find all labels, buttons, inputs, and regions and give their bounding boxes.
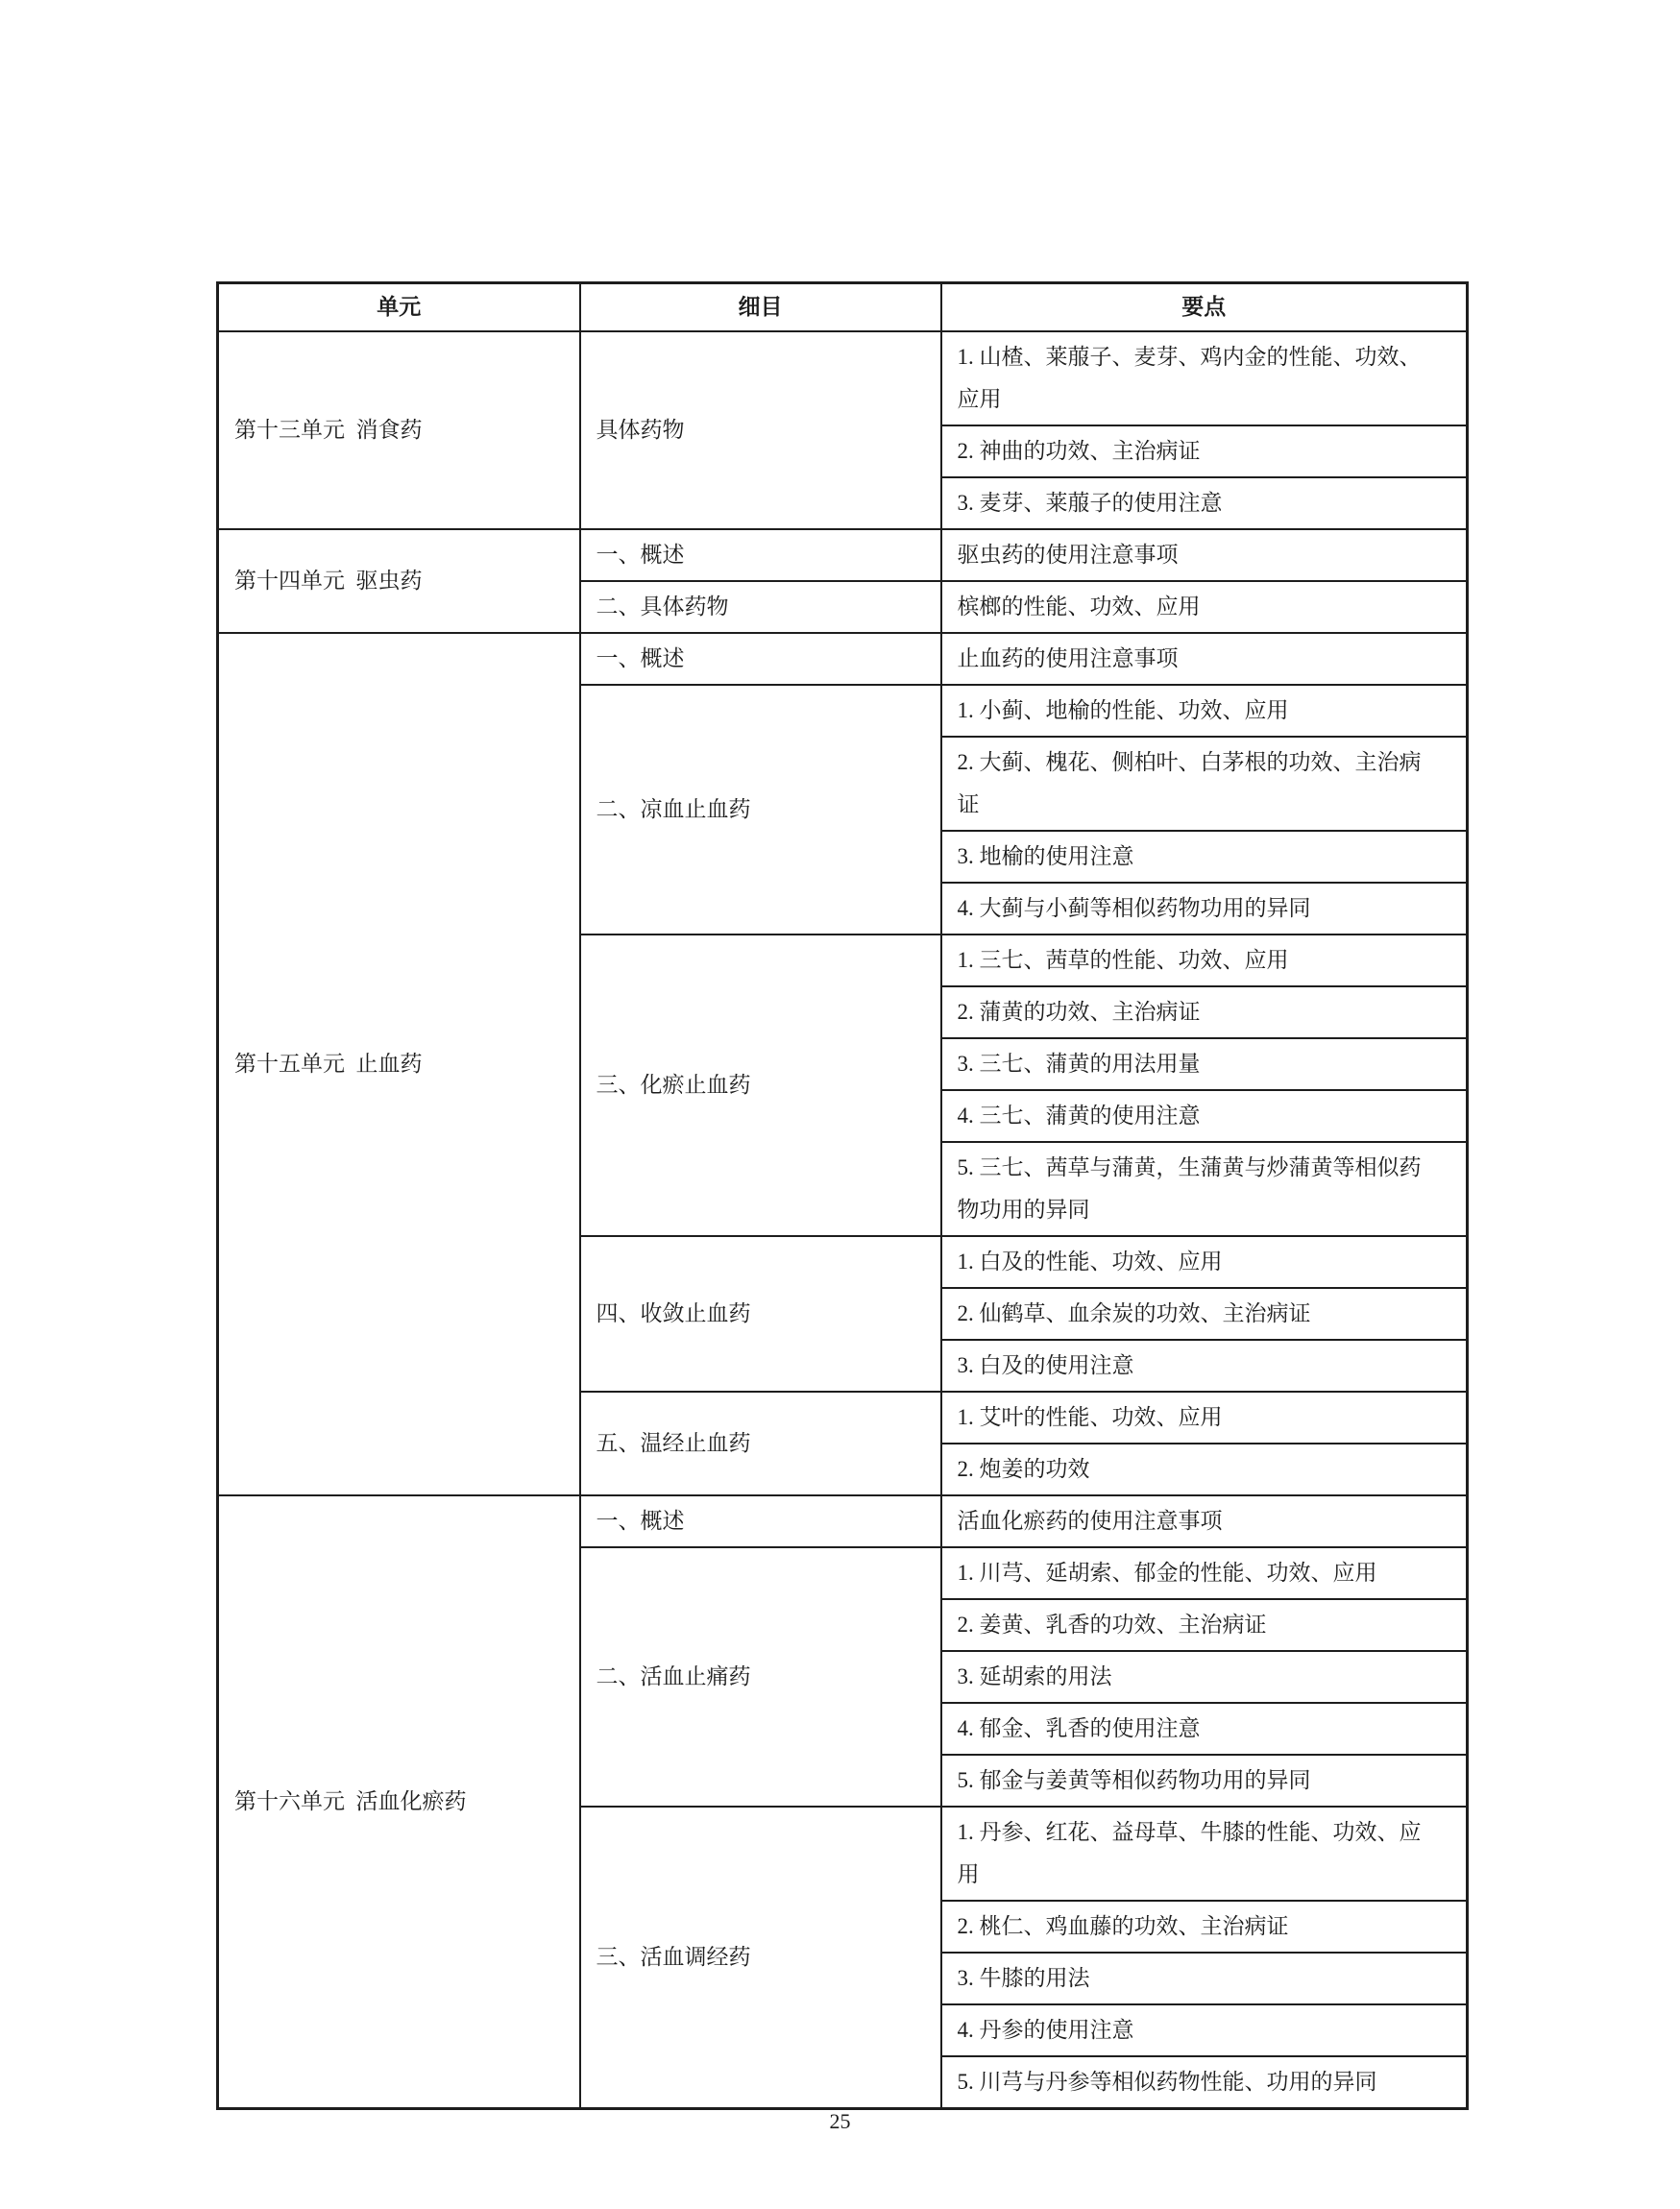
point-cell: 4. 郁金、乳香的使用注意 [941,1703,1468,1755]
table-row: 第十五单元 止血药 一、概述 止血药的使用注意事项 [218,633,1468,685]
point-cell: 1. 丹参、红花、益母草、牛膝的性能、功效、应用 [941,1807,1468,1901]
detail-cell: 五、温经止血药 [580,1392,941,1495]
point-cell: 3. 麦芽、莱菔子的使用注意 [941,477,1468,529]
point-cell: 1. 山楂、莱菔子、麦芽、鸡内金的性能、功效、应用 [941,331,1468,425]
point-cell: 3. 牛膝的用法 [941,1953,1468,2004]
table-row: 第十六单元 活血化瘀药 一、概述 活血化瘀药的使用注意事项 [218,1495,1468,1547]
unit-cell: 第十三单元 消食药 [218,331,580,529]
col-header-points: 要点 [941,283,1468,331]
point-cell: 1. 三七、茜草的性能、功效、应用 [941,935,1468,986]
point-cell: 3. 三七、蒲黄的用法用量 [941,1038,1468,1090]
table-header-row: 单元 细目 要点 [218,283,1468,331]
point-cell: 5. 三七、茜草与蒲黄，生蒲黄与炒蒲黄等相似药物功用的异同 [941,1142,1468,1236]
point-cell: 3. 延胡索的用法 [941,1651,1468,1703]
col-header-unit: 单元 [218,283,580,331]
point-cell: 2. 仙鹤草、血余炭的功效、主治病证 [941,1288,1468,1340]
point-cell: 1. 川芎、延胡索、郁金的性能、功效、应用 [941,1547,1468,1599]
point-cell: 2. 蒲黄的功效、主治病证 [941,986,1468,1038]
point-cell: 4. 三七、蒲黄的使用注意 [941,1090,1468,1142]
point-cell: 2. 炮姜的功效 [941,1444,1468,1495]
point-cell: 3. 白及的使用注意 [941,1340,1468,1392]
detail-cell: 三、化瘀止血药 [580,935,941,1236]
point-cell: 1. 白及的性能、功效、应用 [941,1236,1468,1288]
detail-cell: 具体药物 [580,331,941,529]
detail-cell: 二、凉血止血药 [580,685,941,935]
point-cell: 活血化瘀药的使用注意事项 [941,1495,1468,1547]
unit-cell: 第十四单元 驱虫药 [218,529,580,633]
point-cell: 止血药的使用注意事项 [941,633,1468,685]
point-cell: 2. 桃仁、鸡血藤的功效、主治病证 [941,1901,1468,1953]
detail-cell: 三、活血调经药 [580,1807,941,2109]
point-cell: 槟榔的性能、功效、应用 [941,581,1468,633]
point-cell: 5. 郁金与姜黄等相似药物功用的异同 [941,1755,1468,1807]
point-cell: 1. 艾叶的性能、功效、应用 [941,1392,1468,1444]
point-cell: 1. 小蓟、地榆的性能、功效、应用 [941,685,1468,737]
point-cell: 4. 丹参的使用注意 [941,2004,1468,2056]
detail-cell: 一、概述 [580,529,941,581]
point-cell: 5. 川芎与丹参等相似药物性能、功用的异同 [941,2056,1468,2109]
detail-cell: 一、概述 [580,633,941,685]
unit-cell: 第十五单元 止血药 [218,633,580,1495]
point-cell: 3. 地榆的使用注意 [941,831,1468,883]
point-cell: 2. 姜黄、乳香的功效、主治病证 [941,1599,1468,1651]
document-page: { "page": { "number": "25" }, "table": {… [0,0,1680,2209]
table-row: 第十三单元 消食药 具体药物 1. 山楂、莱菔子、麦芽、鸡内金的性能、功效、应用 [218,331,1468,425]
syllabus-table: 单元 细目 要点 第十三单元 消食药 具体药物 1. 山楂、莱菔子、麦芽、鸡内金… [216,281,1469,2110]
col-header-detail: 细目 [580,283,941,331]
point-cell: 4. 大蓟与小蓟等相似药物功用的异同 [941,883,1468,935]
detail-cell: 四、收敛止血药 [580,1236,941,1392]
page-number: 25 [0,2109,1680,2134]
point-cell: 2. 神曲的功效、主治病证 [941,425,1468,477]
table-row: 第十四单元 驱虫药 一、概述 驱虫药的使用注意事项 [218,529,1468,581]
point-cell: 2. 大蓟、槐花、侧柏叶、白茅根的功效、主治病证 [941,737,1468,831]
unit-cell: 第十六单元 活血化瘀药 [218,1495,580,2109]
point-cell: 驱虫药的使用注意事项 [941,529,1468,581]
detail-cell: 二、具体药物 [580,581,941,633]
detail-cell: 一、概述 [580,1495,941,1547]
detail-cell: 二、活血止痛药 [580,1547,941,1807]
